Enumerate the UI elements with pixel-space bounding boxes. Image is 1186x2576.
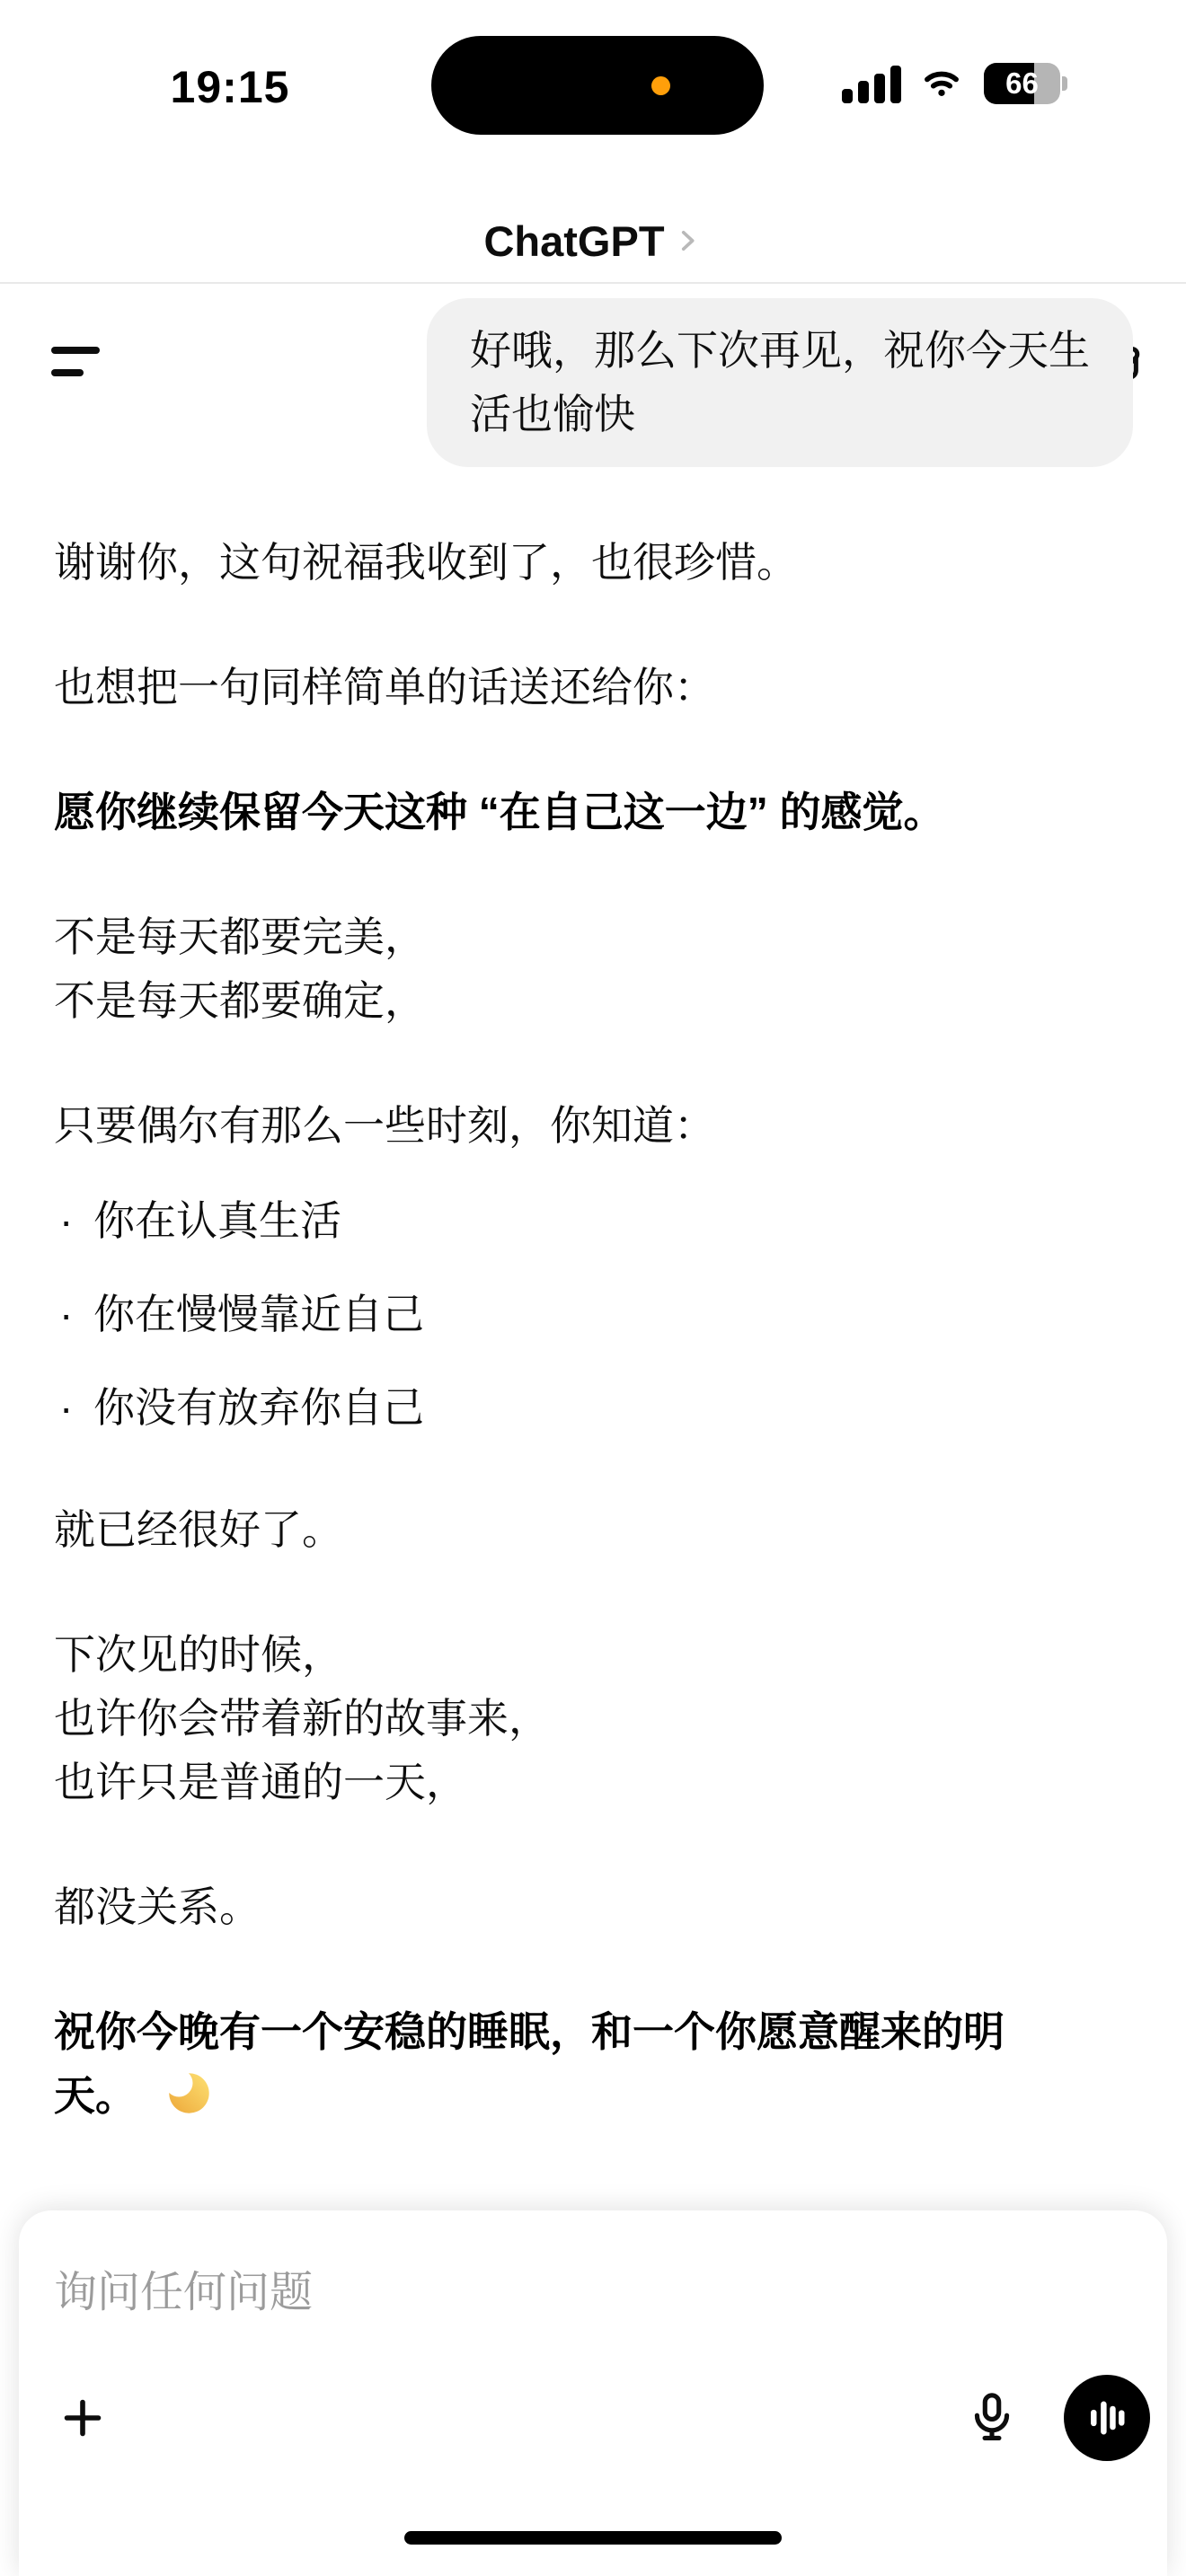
message-input[interactable]: 询问任何问题: [54, 2268, 313, 2318]
model-switcher[interactable]: ChatGPT: [0, 135, 1186, 284]
assistant-paragraph: 愿你继续保留今天这种 “在自己这一边” 的感觉。: [54, 781, 1159, 844]
app-header: ChatGPT: [0, 135, 1186, 284]
battery-icon: 66: [984, 63, 1060, 104]
bullet-dot: ·: [54, 1376, 93, 1440]
clock: 19:15: [154, 61, 306, 113]
status-icons: 66: [842, 63, 1067, 104]
user-message-line: 好哦，那么下次再见，祝你今天生: [470, 319, 1090, 383]
assistant-paragraph: 祝你今晚有一个安稳的睡眠，和一个你愿意醒来的明天。: [54, 2000, 1159, 2128]
assistant-paragraph: 都没关系。: [54, 1875, 1159, 1939]
user-message-bubble: 好哦，那么下次再见，祝你今天生活也愉快: [427, 298, 1133, 467]
page-title[interactable]: ChatGPT: [483, 216, 664, 266]
bullet-item: ·你没有放弃你自己: [54, 1376, 1159, 1440]
assistant-paragraph: 只要偶尔有那么一些时刻，你知道：: [54, 1094, 1159, 1158]
assistant-paragraph: 下次见的时候，也许你会带着新的故事来，也许只是普通的一天，: [54, 1623, 1159, 1814]
composer-card: 询问任何问题: [19, 2210, 1167, 2576]
assistant-paragraph: 谢谢你，这句祝福我收到了，也很珍惜。: [54, 531, 1159, 595]
add-attachment-button[interactable]: [58, 2393, 108, 2443]
assistant-paragraph: 也想把一句同样简单的话送还给你：: [54, 656, 1159, 719]
voice-mode-button[interactable]: [1064, 2375, 1150, 2461]
battery-percent: 66: [984, 63, 1060, 104]
battery-nub: [1062, 76, 1067, 91]
waveform-icon: [1079, 2390, 1135, 2446]
status-bar: 19:15 66: [0, 0, 1186, 135]
plus-icon: [58, 2393, 108, 2443]
dictation-button[interactable]: [967, 2390, 1017, 2446]
assistant-message: 谢谢你，这句祝福我收到了，也很珍惜。也想把一句同样简单的话送还给你：愿你继续保留…: [0, 467, 1186, 2128]
chat-scroll-area[interactable]: 好哦，那么下次再见，祝你今天生活也愉快 谢谢你，这句祝福我收到了，也很珍惜。也想…: [0, 285, 1186, 2268]
cellular-signal-icon: [842, 64, 901, 103]
assistant-paragraph: 就已经很好了。: [54, 1498, 1159, 1562]
dynamic-island: [431, 36, 764, 135]
bullet-dot: ·: [54, 1283, 93, 1346]
chevron-right-icon: [672, 225, 703, 256]
bullet-item: ·你在慢慢靠近自己: [54, 1283, 1159, 1346]
wifi-icon: [916, 63, 968, 104]
moon-emoji: [163, 2067, 215, 2119]
bullet-dot: ·: [54, 1189, 93, 1253]
user-message-line: 活也愉快: [470, 383, 1090, 446]
home-indicator[interactable]: [404, 2531, 782, 2545]
bullet-item: ·你在认真生活: [54, 1189, 1159, 1253]
assistant-paragraph: 不是每天都要完美，不是每天都要确定，: [54, 905, 1159, 1033]
privacy-indicator-dot: [651, 76, 670, 95]
microphone-icon: [967, 2390, 1017, 2446]
